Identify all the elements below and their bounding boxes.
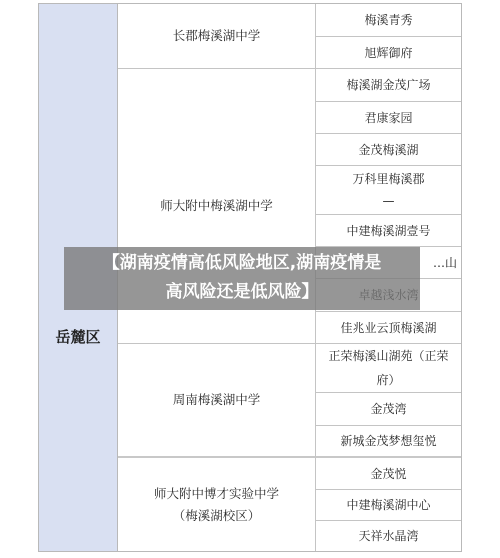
community-cell: 万科里梅溪郡 — — [315, 166, 461, 215]
school-cell: 师大附中博才实验中学 （梅溪湖校区） — [118, 458, 315, 551]
community-cell: 金茂梅溪湖 — [315, 134, 461, 166]
community-name: 梅溪青秀 — [364, 8, 412, 32]
community-cell: 梅溪青秀 — [315, 4, 461, 37]
community-cell: 中建梅溪湖中心 — [315, 490, 461, 521]
school-name: 周南梅溪湖中学 — [173, 389, 261, 411]
community-cell: 新城金茂梦想玺悦 — [315, 426, 461, 458]
community-name: …山 — [433, 251, 457, 275]
community-cell: 金茂悦 — [315, 458, 461, 490]
overlay-title: 【湖南疫情高低风险地区,湖南疫情是 高风险还是低风险】 — [64, 249, 420, 307]
community-cell: 正荣梅溪山湖苑（正荣府） — [315, 344, 461, 393]
community-cell: 天祥水晶湾 — [315, 521, 461, 551]
overlay-title-line-1: 【湖南疫情高低风险地区,湖南疫情是 — [64, 249, 420, 278]
community-name: 君康家园 — [364, 106, 412, 130]
school-name: 师大附中博才实验中学 （梅溪湖校区） — [154, 483, 279, 527]
community-cell: 中建梅溪湖壹号 — [315, 215, 461, 247]
overlay-title-line-2: 高风险还是低风险】 — [64, 278, 420, 307]
community-name: 正荣梅溪山湖苑（正荣府） — [320, 344, 457, 392]
community-cell: 旭辉御府 — [315, 37, 461, 69]
community-name: 天祥水晶湾 — [358, 524, 418, 548]
community-name: 新城金茂梦想玺悦 — [340, 429, 436, 453]
school-name: 师大附中梅溪湖中学 — [160, 195, 273, 217]
school-cell: 长郡梅溪湖中学 — [118, 4, 315, 69]
community-name: 佳兆业云顶梅溪湖 — [340, 316, 436, 340]
community-name: 金茂悦 — [370, 462, 406, 486]
community-cell: 金茂湾 — [315, 393, 461, 426]
community-cell: 佳兆业云顶梅溪湖 — [315, 312, 461, 344]
community-name: 金茂湾 — [370, 397, 406, 421]
school-cell: 周南梅溪湖中学 — [118, 344, 315, 458]
community-name: 梅溪湖金茂广场 — [346, 73, 430, 97]
community-name: 中建梅溪湖壹号 — [346, 219, 430, 243]
community-name: 中建梅溪湖中心 — [346, 493, 430, 517]
community-name: 万科里梅溪郡 — — [352, 168, 424, 212]
community-cell: 君康家园 — [315, 102, 461, 134]
community-name: 旭辉御府 — [364, 41, 412, 65]
school-name: 长郡梅溪湖中学 — [173, 25, 261, 47]
district-name: 岳麓区 — [39, 326, 117, 347]
community-name: 金茂梅溪湖 — [358, 138, 418, 162]
community-cell: 梅溪湖金茂广场 — [315, 69, 461, 102]
